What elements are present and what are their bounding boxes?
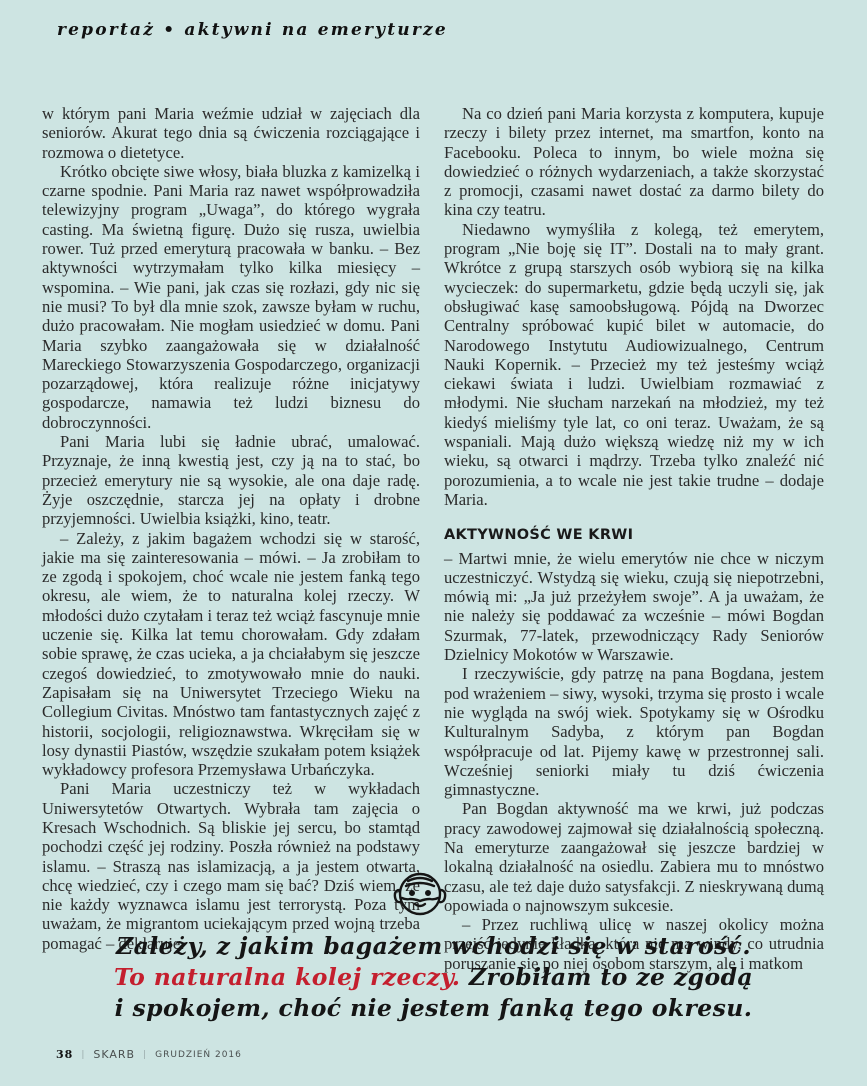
paragraph: Pani Maria uczestniczy też w wykładach U… — [42, 779, 420, 953]
pull-quote-highlight: To naturalna kolej rzeczy. — [114, 963, 460, 991]
running-head: reportaż • aktywni na emeryturze — [57, 20, 448, 40]
paragraph: Pani Maria lubi się ładnie ubrać, umalow… — [42, 432, 420, 528]
footer-separator: | — [81, 1050, 85, 1060]
paragraph: – Zależy, z jakim bagażem wchodzi się w … — [42, 529, 420, 780]
left-column: w którym pani Maria weźmie udział w zaję… — [42, 104, 420, 953]
pull-quote-line-1: Zależy, z jakim bagażem wchodzi się w st… — [60, 931, 807, 962]
paragraph: Na co dzień pani Maria korzysta z komput… — [444, 104, 824, 220]
paragraph: Pan Bogdan aktywność ma we krwi, już pod… — [444, 799, 824, 915]
page-footer: 38 | SKARB | GRUDZIEŃ 2016 — [56, 1048, 242, 1061]
elderly-man-face-icon — [390, 866, 450, 922]
section-heading: AKTYWNOŚĆ WE KRWI — [444, 526, 824, 545]
paragraph: w którym pani Maria weźmie udział w zaję… — [42, 104, 420, 162]
magazine-name: SKARB — [93, 1048, 135, 1061]
footer-separator: | — [143, 1050, 147, 1060]
pull-quote-line-2: To naturalna kolej rzeczy. Zrobiłam to z… — [60, 962, 807, 993]
issue-date: GRUDZIEŃ 2016 — [155, 1050, 242, 1060]
paragraph: – Martwi mnie, że wielu emerytów nie chc… — [444, 549, 824, 665]
pull-quote: Zależy, z jakim bagażem wchodzi się w st… — [60, 931, 807, 1024]
pull-quote-line-3: i spokojem, choć nie jestem fanką tego o… — [60, 993, 807, 1024]
pull-quote-line-2-rest: Zrobiłam to ze zgodą — [460, 963, 753, 991]
paragraph: I rzeczywiście, gdy patrzę na pana Bogda… — [444, 664, 824, 799]
paragraph: Niedawno wymyśliła z kolegą, też emeryte… — [444, 220, 824, 509]
paragraph: Krótko obcięte siwe włosy, biała bluzka … — [42, 162, 420, 432]
page-number: 38 — [56, 1048, 73, 1061]
right-column: Na co dzień pani Maria korzysta z komput… — [444, 104, 824, 973]
